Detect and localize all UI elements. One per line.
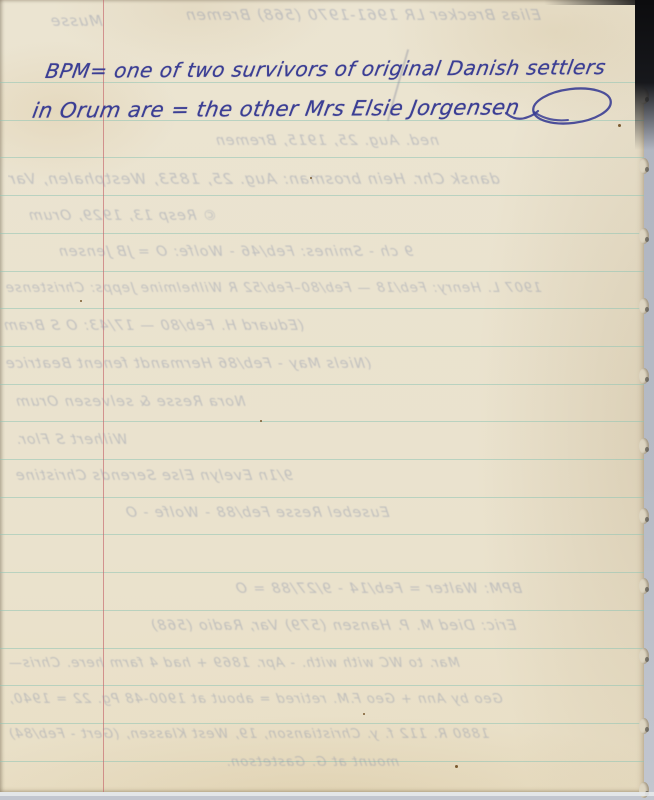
bleed-through-text: Elias Brecker LR 1961-1970 (568) Bremen: [185, 6, 635, 24]
bleed-through-text: 9/1n Evelyn Else Serends Christine: [15, 468, 615, 484]
bleed-through-text: Geo by Ann + Geo F.M. retired = about at…: [8, 692, 648, 707]
torn-edge-shadow-dot: [645, 587, 649, 592]
torn-edge-shadow-dot: [645, 377, 649, 382]
bleed-through-text: BPM: Walter = Feb/14 - 9/27/88 = O: [235, 581, 605, 597]
bleed-through-text: Mar. to WC with with. - Apr. 1869 + had …: [8, 656, 643, 671]
dust-speck: [618, 124, 621, 127]
dust-speck: [363, 713, 365, 715]
torn-edge-shadow-dot: [645, 167, 649, 172]
dust-speck: [80, 300, 82, 302]
torn-edge-shadow-dot: [645, 517, 649, 522]
scan-shadow-top-right: [635, 0, 654, 150]
torn-edge-shadow-dot: [645, 727, 649, 732]
scan-shadow-top: [544, 0, 654, 5]
torn-edge-shadow-dot: [645, 657, 649, 662]
flourish-oval: [504, 85, 616, 133]
torn-edge-shadow-dot: [645, 237, 649, 242]
handwritten-note-line1: BPM= one of two survivors of original Da…: [44, 55, 608, 83]
bleed-through-text: © Resp 13, 1929, Orum: [28, 208, 428, 224]
bleed-through-text: 1880 R. 112 f. y. Christianson, 19, West…: [8, 727, 648, 742]
dust-speck: [455, 765, 458, 768]
handwritten-note-line2: in Orum are = the other Mrs Elsie Jorgen…: [31, 95, 522, 122]
scanned-notebook-page: MusseElias Brecker LR 1961-1970 (568) Br…: [0, 0, 654, 800]
torn-edge-shadow-dot: [645, 447, 649, 452]
bleed-through-text: Musse: [50, 12, 180, 30]
bleed-through-text: 9 ch - Smines: Feb/46 - Wolfe: O = JB Je…: [58, 244, 523, 260]
bleed-through-text: mount at G. Gastetson.: [225, 755, 455, 770]
bleed-through-text: Wilhert S Flor.: [15, 432, 615, 448]
paper-sheet: MusseElias Brecker LR 1961-1970 (568) Br…: [0, 0, 644, 792]
torn-edge-shadow-dot: [645, 307, 649, 312]
dust-speck: [260, 420, 262, 422]
bleed-through-text: Eusebel Resse Feb/88 - Wolfe - O: [125, 505, 545, 521]
bleed-through-text: ned. Aug. 25, 1915, Bremen: [215, 133, 485, 149]
bleed-through-text: 1907 L. Henry: Feb/18 — Feb/80–Feb/52 R …: [5, 281, 643, 296]
bleed-through-text: Eric: Died M. P. Hansen (579) Var, Radio…: [150, 618, 575, 634]
bleed-through-text: (Eduard H. Feb/80 — 17/43: O S Bram: [3, 318, 643, 334]
dust-speck: [310, 177, 312, 179]
bleed-through-text: Nora Resse & selvesen Orum: [15, 394, 615, 410]
bleed-through-text: dansk Chr. Hein brosman: Aug. 25, 1853, …: [8, 170, 640, 188]
bleed-through-text: (Niels May - Feb/86 Hermandt fenent Beat…: [5, 356, 640, 372]
scan-edge-bottom: [0, 792, 654, 796]
